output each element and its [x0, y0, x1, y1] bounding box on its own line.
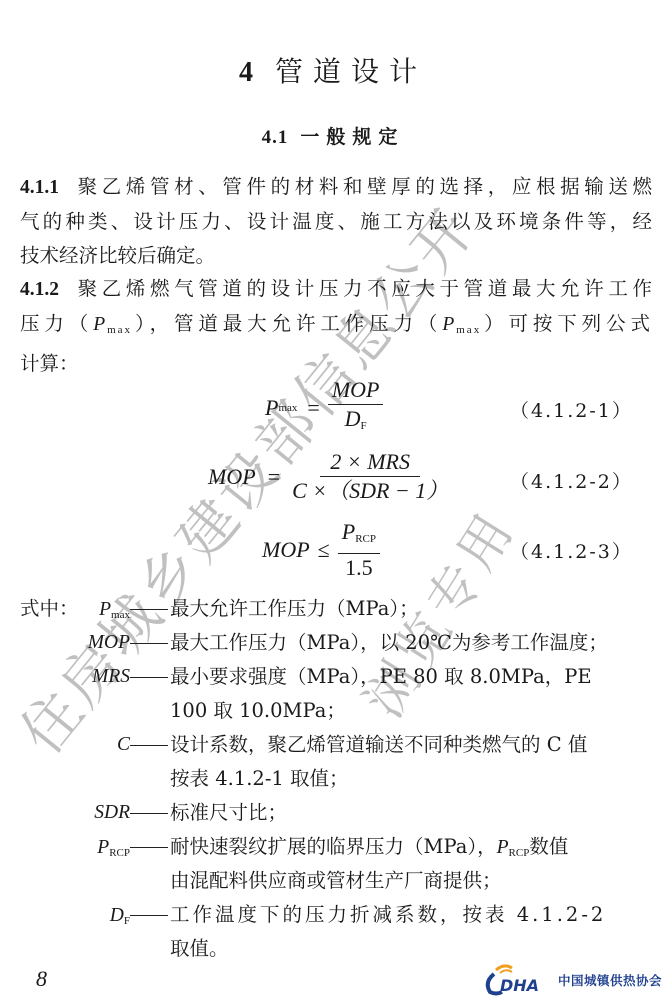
fraction: MOP DF [328, 378, 384, 438]
chapter-title-text: 管道设计 [275, 55, 427, 88]
formula-operator: = [268, 464, 280, 490]
fraction: 2 × MRS C ×（SDR − 1） [288, 450, 452, 503]
em-dash [130, 813, 168, 814]
subscript-max: max [456, 324, 481, 336]
symbol-definitions: 式中： Pmax 最大允许工作压力（MPa）； MOP 最大工作压力（MPa），… [0, 592, 666, 966]
definition-text: 标准尺寸比； [170, 796, 650, 830]
text-fragment: 数值 [529, 835, 568, 858]
definition-row: SDR 标准尺寸比； [0, 796, 666, 830]
definition-text: 取值。 [170, 932, 650, 966]
em-dash [130, 745, 168, 746]
definitions-prefix: 式中： [20, 592, 79, 626]
definition-text: 100 取 10.0MPa； [170, 694, 650, 728]
symbol: D [110, 905, 124, 926]
clause-number: 4.1.1 [20, 177, 59, 198]
chapter-number: 4 [239, 57, 263, 88]
symbol: P [97, 837, 109, 858]
clause-text-line: 聚乙烯燃气管道的设计压力不应大于管道最大允许工作 [73, 277, 652, 300]
clause-text-line: 技术经济比较后确定。 [20, 244, 215, 267]
em-dash [130, 677, 168, 678]
formula-lhs: MOP [262, 537, 310, 563]
definition-text: 按表 4.1.2-1 取值； [170, 762, 650, 796]
definition-row: PRCP 耐快速裂纹扩展的临界压力（MPa），PRCP数值 [0, 830, 666, 864]
definition-text: 最大允许工作压力（MPa）； [170, 592, 650, 626]
definition-row-continued: 100 取 10.0MPa； [0, 694, 666, 728]
definition-text: 设计系数，聚乙烯管道输送不同种类燃气的 C 值 [170, 728, 650, 762]
definition-row-continued: 按表 4.1.2-1 取值； [0, 762, 666, 796]
fraction-numerator: 2 × MRS [320, 450, 420, 477]
cdha-logo: DHA 中国城镇供热协会 [482, 964, 662, 996]
formula-lhs-sub: max [278, 402, 297, 414]
svg-text:DHA: DHA [500, 976, 539, 995]
clause-text-line: 气的种类、设计压力、设计温度、施工方法以及环境条件等，经 [20, 210, 652, 233]
clause-text-fragment: 压力（ [20, 312, 93, 335]
definition-row: MRS 最小要求强度（MPa），PE 80 取 8.0MPa，PE [0, 660, 666, 694]
equation-number: （4.1.2-3） [510, 537, 633, 564]
definition-symbol: SDR [94, 796, 130, 830]
clause-number: 4.1.2 [20, 279, 59, 300]
document-page: 住房城乡建设部信息公开 浏览专用 4管道设计 4.1一般规定 4.1.1聚乙烯管… [0, 0, 666, 1006]
formula-4-1-2-2: MOP = 2 × MRS C ×（SDR − 1） [208, 450, 452, 503]
em-dash [130, 643, 168, 644]
definition-text: 最小要求强度（MPa），PE 80 取 8.0MPa，PE [170, 660, 650, 694]
section-title: 4.1一般规定 [0, 122, 666, 149]
subscript-max: max [107, 324, 132, 336]
clause-text-line: 计算： [20, 352, 79, 375]
definition-text: 工作温度下的压力折减系数，按表 4.1.2-2 [170, 898, 650, 932]
formula-lhs: MOP [208, 464, 256, 490]
fraction-denominator-sub: F [361, 420, 367, 432]
equation-number: （4.1.2-1） [510, 396, 633, 423]
symbol-sub: max [111, 609, 130, 621]
definition-row: MOP 最大工作压力（MPa），以 20℃为参考工作温度； [0, 626, 666, 660]
em-dash [130, 847, 168, 848]
equation-number: （4.1.2-2） [510, 467, 633, 494]
definition-row: C 设计系数，聚乙烯管道输送不同种类燃气的 C 值 [0, 728, 666, 762]
formula-4-1-2-1: Pmax = MOP DF [265, 378, 383, 438]
definition-row: 式中： Pmax 最大允许工作压力（MPa）； [0, 592, 666, 626]
text-fragment: 耐快速裂纹扩展的临界压力（MPa）， [170, 835, 497, 858]
page-number: 8 [36, 966, 47, 992]
clause-text-fragment: ）可按下列公式 [481, 312, 652, 335]
definition-row: DF 工作温度下的压力折减系数，按表 4.1.2-2 [0, 898, 666, 932]
definition-text: 由混配料供应商或管材生产厂商提供； [170, 864, 650, 898]
clause-text-fragment: ），管道最大允许工作压力（ [132, 312, 442, 335]
fraction-denominator: C ×（SDR − 1） [288, 477, 452, 503]
logo-text: 中国城镇供热协会 [558, 971, 662, 989]
section-title-text: 一般规定 [300, 126, 404, 148]
clause-text-line: 聚乙烯管材、管件的材料和壁厚的选择，应根据输送燃 [73, 175, 652, 198]
clause-4-1-2: 4.1.2聚乙烯燃气管道的设计压力不应大于管道最大允许工作 压力（Pmax），管… [20, 272, 652, 381]
symbol: P [497, 837, 509, 858]
formula-lhs: P [265, 395, 278, 421]
symbol-p: P [442, 314, 456, 335]
formula-operator: ≤ [318, 537, 330, 563]
em-dash [130, 915, 168, 916]
fraction-numerator: P [342, 519, 355, 544]
definition-row-continued: 取值。 [0, 932, 666, 966]
clause-4-1-1: 4.1.1聚乙烯管材、管件的材料和壁厚的选择，应根据输送燃 气的种类、设计压力、… [20, 170, 652, 273]
chapter-title: 4管道设计 [0, 50, 666, 90]
fraction-numerator: MOP [328, 378, 384, 405]
symbol-sub: F [124, 915, 130, 927]
definition-symbol: MOP [88, 626, 130, 660]
definition-symbol: C [117, 728, 130, 762]
fraction-numerator-sub: RCP [355, 533, 376, 545]
em-dash [130, 609, 168, 610]
formula-4-1-2-3: MOP ≤ PRCP 1.5 [262, 520, 380, 580]
cdha-logo-icon: DHA [482, 964, 552, 996]
symbol-sub: RCP [109, 847, 130, 859]
definition-text: 最大工作压力（MPa），以 20℃为参考工作温度； [170, 626, 650, 660]
symbol-sub: RCP [509, 847, 530, 859]
symbol-p: P [93, 314, 107, 335]
symbol: P [99, 599, 111, 620]
definition-row-continued: 由混配料供应商或管材生产厂商提供； [0, 864, 666, 898]
fraction: PRCP 1.5 [338, 520, 380, 580]
formula-operator: = [307, 395, 319, 421]
section-number: 4.1 [262, 127, 289, 148]
fraction-denominator: D [345, 406, 361, 431]
fraction-denominator: 1.5 [341, 554, 377, 580]
definition-symbol: MRS [92, 660, 130, 694]
